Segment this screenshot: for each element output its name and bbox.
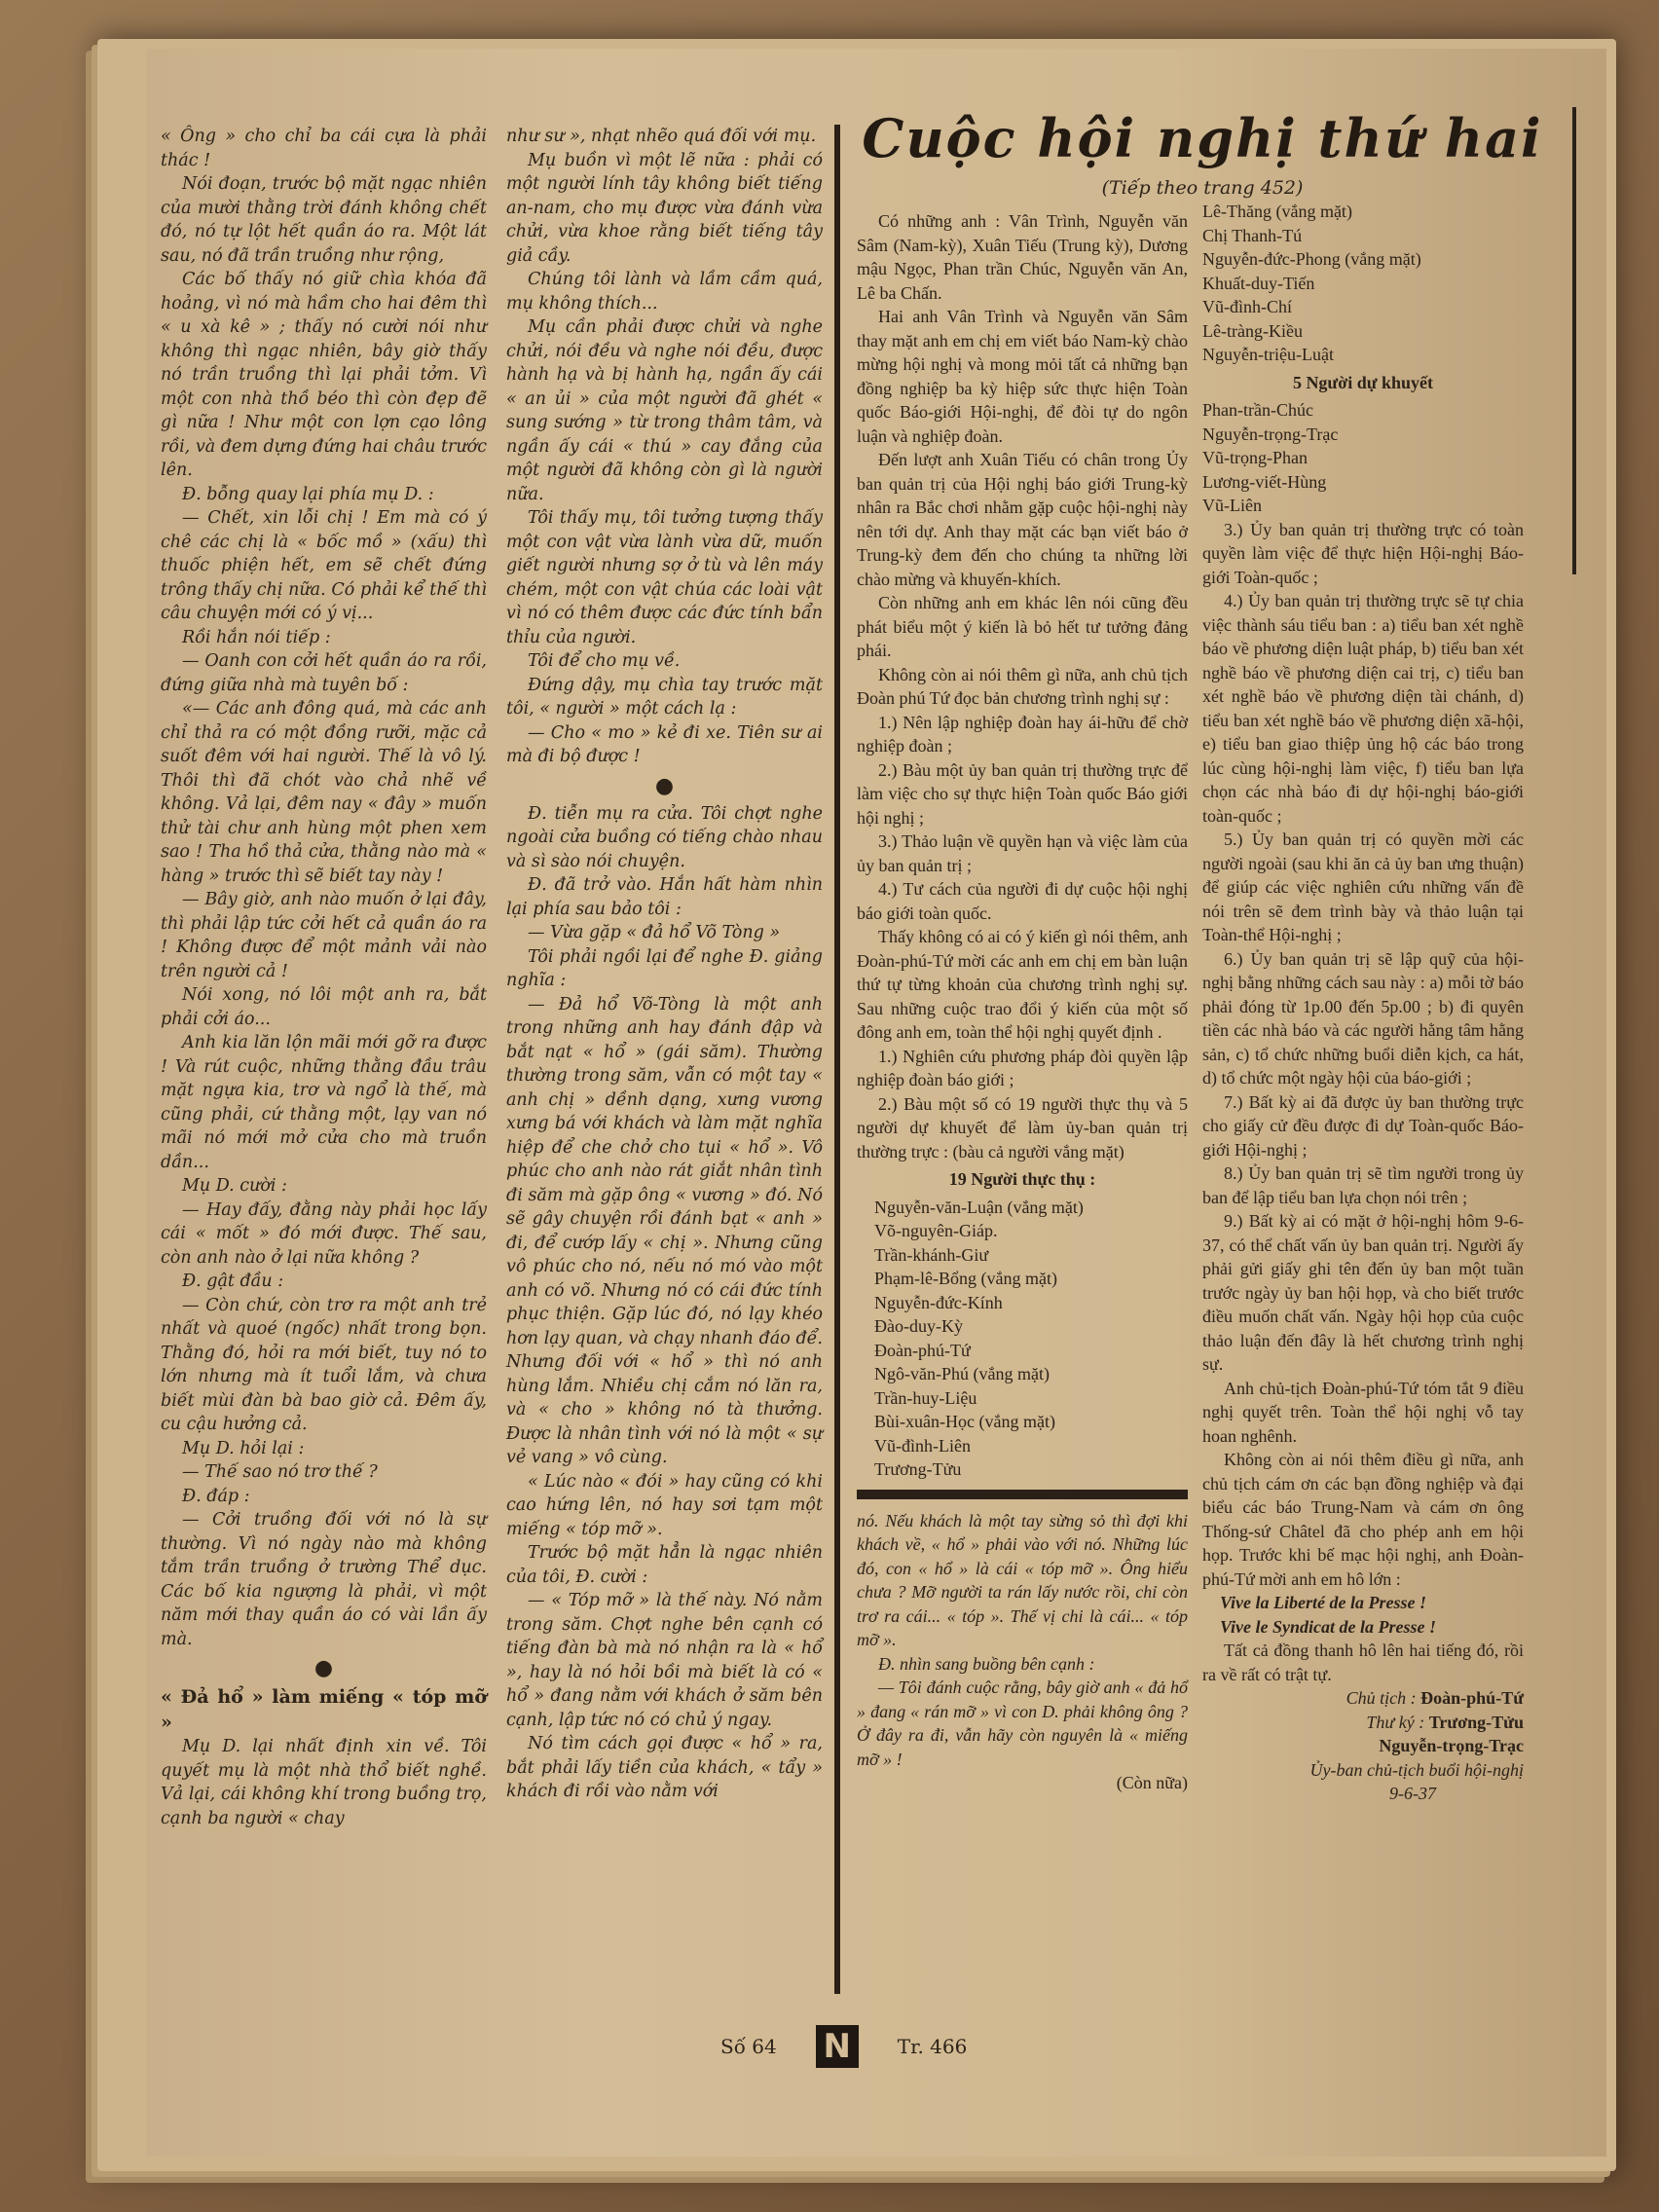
paragraph: Chúng tôi lành và lầm cầm quá, mụ không … <box>506 268 823 315</box>
paragraph: 3.) Thảo luận về quyền hạn và việc làm c… <box>857 829 1188 877</box>
paragraph: 6.) Ủy ban quản trị sẽ lập quỹ của hội-n… <box>1202 947 1524 1090</box>
member-name: Vũ-đình-Liên <box>857 1434 1188 1458</box>
alternate-name: Lương-viết-Hùng <box>1202 470 1524 495</box>
paragraph: — Còn chứ, còn trơ ra một anh trẻ nhất v… <box>161 1294 487 1437</box>
alternate-name: Nguyễn-trọng-Trạc <box>1202 423 1524 447</box>
paragraph: 4.) Tư cách của người đi dự cuộc hội ngh… <box>857 877 1188 925</box>
member-name: Nguyễn-văn-Luận (vắng mặt) <box>857 1196 1188 1220</box>
member-name: Phạm-lê-Bổng (vắng mặt) <box>857 1267 1188 1291</box>
slogan: Vive la Liberté de la Presse ! <box>1202 1591 1524 1615</box>
column-1: « Ông » cho chỉ ba cái cựa là phải thác … <box>161 125 487 1830</box>
member-name: Lê-Thăng (vắng mặt) <box>1202 200 1524 224</box>
paragraph: Đ. đã trở vào. Hắn hất hàm nhìn lại phía… <box>506 873 823 921</box>
paragraph: Tôi để cho mụ về. <box>506 649 823 674</box>
signature-name: Trương-Tửu <box>1429 1713 1524 1732</box>
member-name: Nguyễn-đức-Kính <box>857 1291 1188 1315</box>
paragraph: Đ. đáp : <box>161 1485 487 1509</box>
paragraph: 1.) Nên lập nghiệp đoàn hay ái-hữu để ch… <box>857 711 1188 758</box>
alternate-name: Phan-trần-Chúc <box>1202 398 1524 423</box>
page-footer: Số 64 N Tr. 466 <box>720 2025 1090 2068</box>
page-number: Tr. 466 <box>898 2035 968 2058</box>
paragraph: Trước bộ mặt hẳn là ngạc nhiên của tôi, … <box>506 1541 823 1589</box>
member-name: Nguyễn-triệu-Luật <box>1202 343 1524 367</box>
members-list-title: 19 Người thực thụ : <box>857 1167 1188 1192</box>
paragraph: 7.) Bất kỳ ai đã được ủy ban thường trực… <box>1202 1090 1524 1162</box>
member-name: Trần-khánh-Giư <box>857 1243 1188 1268</box>
paragraph: Không còn ai nói thêm gì nữa, anh chủ tị… <box>857 663 1188 711</box>
member-name: Trương-Tửu <box>857 1457 1188 1482</box>
closing-text: Tất cả đồng thanh hô lên hai tiếng đó, r… <box>1202 1639 1524 1686</box>
member-name: Vũ-đình-Chí <box>1202 295 1524 319</box>
column-2: như sư », nhạt nhẽo quá đối với mụ.Mụ bu… <box>506 125 823 1804</box>
paragraph: nó. Nếu khách là một tay sừng sỏ thì đợi… <box>857 1509 1188 1652</box>
to-be-continued: (Còn nữa) <box>857 1771 1188 1795</box>
story-separator-rule <box>857 1490 1188 1499</box>
column-4: Lê-Thăng (vắng mặt)Chị Thanh-TúNguyễn-đứ… <box>1202 200 1524 1806</box>
signature-line: Chủ tịch : Đoàn-phú-Tứ <box>1202 1686 1524 1711</box>
paragraph: Đ. nhìn sang buồng bên cạnh : <box>857 1652 1188 1677</box>
alternate-name: Vũ-trọng-Phan <box>1202 446 1524 470</box>
member-name: Đoàn-phú-Tứ <box>857 1339 1188 1363</box>
article-headline: Cuộc hội nghị thứ hai <box>857 107 1548 169</box>
paragraph: — Oanh con cởi hết quần áo ra rồi, đứng … <box>161 649 487 697</box>
date: 9-6-37 <box>1202 1782 1524 1806</box>
issue-number: Số 64 <box>720 2035 777 2058</box>
paragraph: Có những anh : Vân Trình, Nguyễn văn Sâm… <box>857 209 1188 305</box>
member-name: Bùi-xuân-Học (vắng mặt) <box>857 1410 1188 1434</box>
column-rule-right <box>1572 107 1576 574</box>
signature-line: Thư ký : Trương-Tửu <box>1202 1711 1524 1735</box>
paragraph: 5.) Ủy ban quản trị có quyền mời các ngư… <box>1202 828 1524 947</box>
paragraph: Tôi phải ngồi lại để nghe Đ. giảng nghĩa… <box>506 945 823 993</box>
paragraph: — Cởi truồng đối với nó là sự thường. Vì… <box>161 1508 487 1651</box>
signature-role: Chủ tịch : <box>1346 1688 1421 1708</box>
paragraph: — « Tóp mỡ » là thế này. Nó nằm trong să… <box>506 1589 823 1732</box>
paragraph: Thấy không có ai có ý kiến gì nói thêm, … <box>857 925 1188 1045</box>
alternates-title: 5 Người dự khuyết <box>1202 371 1524 395</box>
paragraph: Mụ D. lại nhất định xin về. Tôi quyết mụ… <box>161 1735 487 1830</box>
paragraph: như sư », nhạt nhẽo quá đối với mụ. <box>506 125 823 149</box>
signature-name: Đoàn-phú-Tứ <box>1420 1688 1524 1708</box>
paragraph: — Hay đấy, đằng này phải học lấy cái « m… <box>161 1198 487 1271</box>
paragraph: 9.) Bất kỳ ai có mặt ở hội-nghị hôm 9-6-… <box>1202 1209 1524 1377</box>
paragraph: Nói xong, nó lôi một anh ra, bắt phải cở… <box>161 983 487 1031</box>
paragraph: Đến lượt anh Xuân Tiếu có chân trong Ủy … <box>857 448 1188 591</box>
paragraph: — Bây giờ, anh nào muốn ở lại đây, thì p… <box>161 888 487 983</box>
slogan: Vive le Syndicat de la Presse ! <box>1202 1615 1524 1640</box>
member-name: Chị Thanh-Tú <box>1202 224 1524 248</box>
paragraph: Tôi thấy mụ, tôi tưởng tượng thấy một co… <box>506 506 823 649</box>
paragraph: Đ. gật đầu : <box>161 1270 487 1294</box>
paragraph: Rồi hắn nói tiếp : <box>161 626 487 650</box>
member-name: Khuất-duy-Tiến <box>1202 272 1524 296</box>
paragraph: Mụ buồn vì một lẽ nữa : phải có một ngườ… <box>506 149 823 269</box>
paragraph: 8.) Ủy ban quản trị sẽ tìm người trong ủ… <box>1202 1161 1524 1209</box>
paragraph: 3.) Ủy ban quản trị thường trực có toàn … <box>1202 518 1524 590</box>
paragraph: Anh chủ-tịch Đoàn-phú-Tứ tóm tắt 9 điều … <box>1202 1377 1524 1449</box>
signature-line: Nguyễn-trọng-Trạc <box>1202 1734 1524 1758</box>
member-name: Ngô-văn-Phú (vắng mặt) <box>857 1362 1188 1386</box>
member-name: Nguyễn-đức-Phong (vắng mặt) <box>1202 247 1524 272</box>
signature-name: Nguyễn-trọng-Trạc <box>1379 1736 1524 1755</box>
paragraph: Đ. tiễn mụ ra cửa. Tôi chợt nghe ngoài c… <box>506 802 823 874</box>
paragraph: Đứng dậy, mụ chìa tay trước mặt tôi, « n… <box>506 674 823 721</box>
paragraph: «— Các anh đông quá, mà các anh chỉ thả … <box>161 697 487 888</box>
newspaper-page: « Ông » cho chỉ ba cái cựa là phải thác … <box>146 49 1606 2157</box>
paragraph: Mụ cần phải được chửi và nghe chửi, nói … <box>506 315 823 506</box>
paragraph: Hai anh Vân Trình và Nguyễn văn Sâm thay… <box>857 305 1188 448</box>
column-rule <box>834 125 840 1994</box>
member-name: Đào-duy-Kỳ <box>857 1314 1188 1339</box>
paragraph: Anh kia lăn lộn mãi mới gỡ ra được ! Và … <box>161 1031 487 1174</box>
paragraph: 2.) Bàu một ủy ban quản trị thường trực … <box>857 758 1188 830</box>
paragraph: Đ. bỗng quay lại phía mụ D. : <box>161 483 487 507</box>
paragraph: 4.) Ủy ban quản trị thường trực sẽ tự ch… <box>1202 589 1524 828</box>
paragraph: Nói đoạn, trước bộ mặt ngạc nhiên của mư… <box>161 172 487 268</box>
paragraph: — Đả hổ Võ-Tòng là một anh trong những a… <box>506 993 823 1470</box>
paragraph: — Thế sao nó trơ thế ? <box>161 1460 487 1485</box>
member-name: Lê-tràng-Kiều <box>1202 319 1524 344</box>
paragraph: « Lúc nào « đói » hay cũng có khi cao hứ… <box>506 1470 823 1542</box>
paragraph: Không còn ai nói thêm điều gì nữa, anh c… <box>1202 1448 1524 1591</box>
committee-label: Ủy-ban chủ-tịch buổi hội-nghị <box>1202 1758 1524 1783</box>
paragraph: 2.) Bàu một số có 19 người thực thụ và 5… <box>857 1092 1188 1164</box>
newspaper-logo: N <box>816 2025 859 2068</box>
paragraph: Các bố thấy nó giữ chìa khóa đã hoảng, v… <box>161 268 487 483</box>
paragraph: Mụ D. hỏi lại : <box>161 1437 487 1461</box>
column-3: Có những anh : Vân Trình, Nguyễn văn Sâm… <box>857 209 1188 1795</box>
section-title: « Đả hổ » làm miếng « tóp mỡ » <box>161 1684 487 1735</box>
paragraph: — Tôi đánh cuộc rằng, bây giờ anh « đả h… <box>857 1676 1188 1771</box>
paragraph: — Chết, xin lỗi chị ! Em mà có ý chê các… <box>161 506 487 626</box>
paragraph: Mụ D. cười : <box>161 1174 487 1198</box>
paragraph: « Ông » cho chỉ ba cái cựa là phải thác … <box>161 125 487 172</box>
member-name: Võ-nguyên-Giáp. <box>857 1219 1188 1243</box>
paragraph: — Cho « mo » kẻ đi xe. Tiên sư ai mà đi … <box>506 721 823 769</box>
paragraph: — Vừa gặp « đả hổ Võ Tòng » <box>506 921 823 945</box>
paragraph: Nó tìm cách gọi được « hổ » ra, bắt phải… <box>506 1732 823 1804</box>
paragraph: Còn những anh em khác lên nói cũng đều p… <box>857 591 1188 663</box>
member-name: Trần-huy-Liệu <box>857 1386 1188 1411</box>
paragraph: 1.) Nghiên cứu phương pháp đòi quyền lập… <box>857 1045 1188 1092</box>
signature-role: Thư ký : <box>1366 1713 1428 1732</box>
article-subhead: (Tiếp theo trang 452) <box>857 177 1548 199</box>
section-divider-bullet: ● <box>161 1651 487 1684</box>
alternate-name: Vũ-Liên <box>1202 494 1524 518</box>
section-divider-bullet: ● <box>506 769 823 802</box>
